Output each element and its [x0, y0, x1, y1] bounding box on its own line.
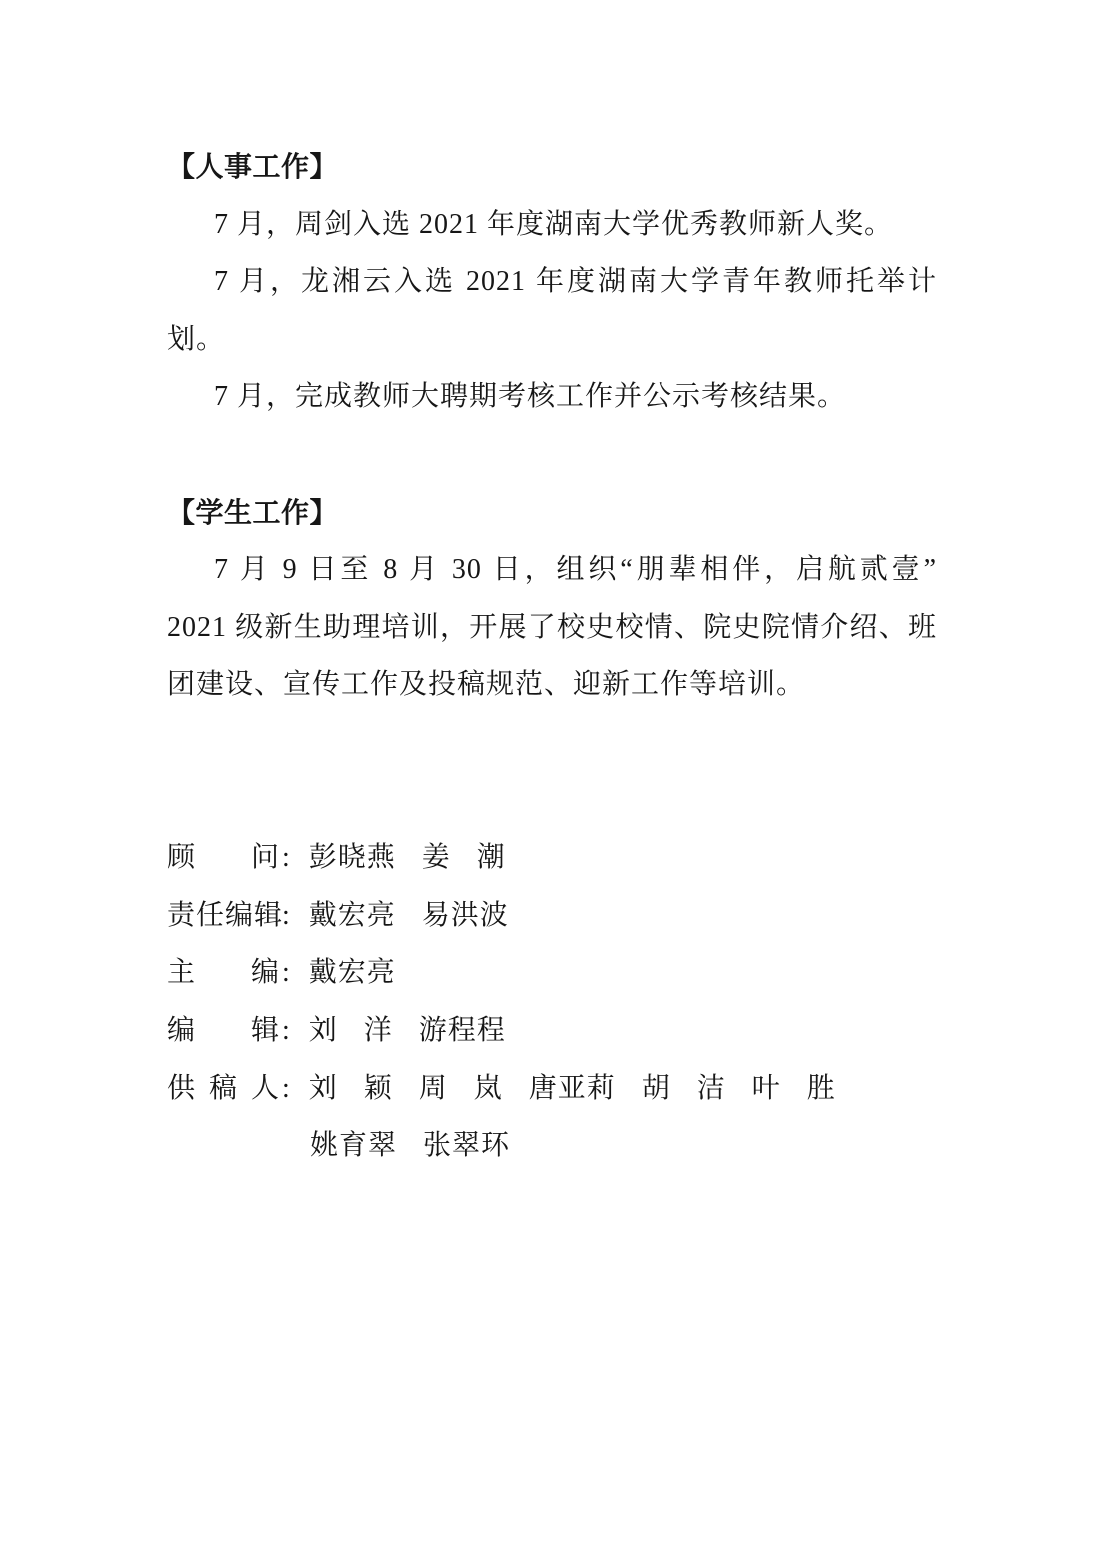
blank-line	[167, 772, 937, 830]
credit-names-managing-editor: 戴宏亮 易洪波	[309, 900, 509, 931]
document-content: 【人事工作】 7 月，周剑入选 2021 年度湖南大学优秀教师新人奖。 7 月，…	[167, 138, 937, 1175]
credit-names-contributors: 刘 颖 周 岚 唐亚莉 胡 洁 叶 胜	[309, 1073, 836, 1104]
personnel-para-3-line-1: 7 月，完成教师大聘期考核工作并公示考核结果。	[167, 368, 937, 426]
credit-colon: :	[282, 842, 291, 873]
credit-colon: :	[282, 1015, 291, 1046]
student-para-1-line-3: 团建设、宣传工作及投稿规范、迎新工作等培训。	[167, 656, 937, 714]
credit-label-editor: 编辑	[167, 1002, 280, 1060]
credit-label-managing-editor: 责任编辑	[167, 887, 280, 945]
credit-label-chief-editor: 主编	[167, 944, 280, 1002]
credit-names-editor: 刘 洋 游程程	[309, 1015, 506, 1046]
credit-names-chief-editor: 戴宏亮	[309, 957, 396, 988]
credit-row-contributors: 供稿人:刘 颖 周 岚 唐亚莉 胡 洁 叶 胜	[167, 1060, 937, 1118]
personnel-para-1-line-1: 7 月，周剑入选 2021 年度湖南大学优秀教师新人奖。	[167, 196, 937, 254]
credit-row-managing-editor: 责任编辑:戴宏亮 易洪波	[167, 887, 937, 945]
personnel-section-heading: 【人事工作】	[167, 138, 937, 196]
blank-line	[167, 714, 937, 772]
credit-names-advisor: 彭晓燕 姜 潮	[309, 842, 506, 873]
credit-colon: :	[282, 957, 291, 988]
credit-colon: :	[282, 1073, 291, 1104]
credit-row-advisor: 顾问:彭晓燕 姜 潮	[167, 829, 937, 887]
credit-row-chief-editor: 主编:戴宏亮	[167, 944, 937, 1002]
credit-colon: :	[282, 900, 291, 931]
student-section-heading: 【学生工作】	[167, 484, 937, 542]
personnel-para-2-line-1: 7 月，龙湘云入选 2021 年度湖南大学青年教师托举计	[167, 253, 937, 311]
credit-label-advisor: 顾问	[167, 829, 280, 887]
document-page: 【人事工作】 7 月，周剑入选 2021 年度湖南大学优秀教师新人奖。 7 月，…	[0, 0, 1102, 1559]
credit-label-contributors: 供稿人	[167, 1060, 280, 1118]
personnel-para-2-line-2: 划。	[167, 311, 937, 369]
blank-line	[167, 426, 937, 484]
credit-names-contributors-continued: 姚育翠 张翠环	[310, 1130, 510, 1161]
student-para-1-line-1: 7 月 9 日至 8 月 30 日，组织“朋辈相伴，启航贰壹”	[167, 541, 937, 599]
student-para-1-line-2: 2021 级新生助理培训，开展了校史校情、院史院情介绍、班	[167, 599, 937, 657]
credit-row-editor: 编辑:刘 洋 游程程	[167, 1002, 937, 1060]
credit-row-contributors-continued: 姚育翠 张翠环	[167, 1117, 937, 1175]
